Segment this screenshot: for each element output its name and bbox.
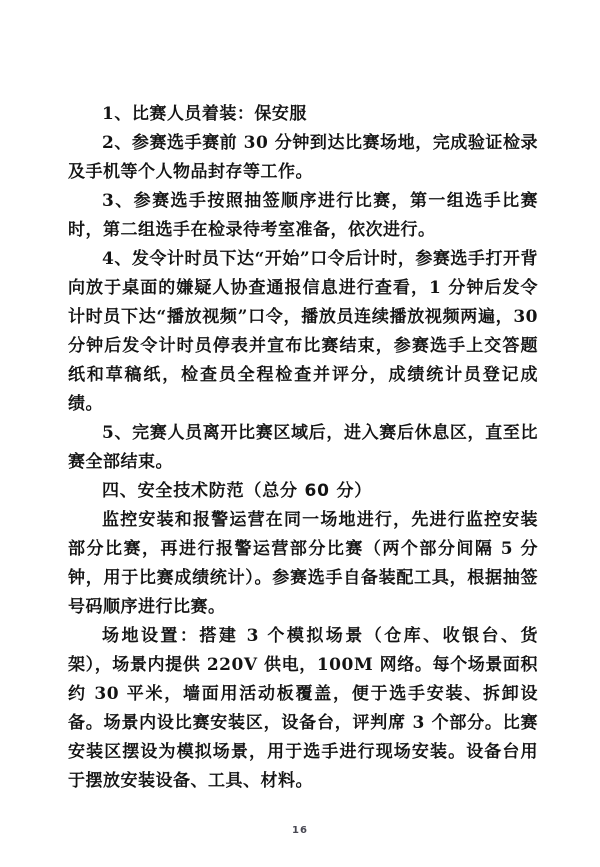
page-footer: 16 [0,818,600,837]
document-page: 1、比赛人员着装：保安服2、参赛选手赛前 30 分钟到达比赛场地，完成验证检录及… [0,0,600,867]
paragraph: 3、参赛选手按照抽签顺序进行比赛，第一组选手比赛时，第二组选手在检录待考室准备，… [68,187,538,245]
paragraph: 2、参赛选手赛前 30 分钟到达比赛场地，完成验证检录及手机等个人物品封存等工作… [68,129,538,187]
paragraph: 四、安全技术防范（总分 60 分） [68,477,538,506]
paragraph: 1、比赛人员着装：保安服 [68,100,538,129]
page-number: 16 [292,825,308,836]
paragraph: 场地设置：搭建 3 个模拟场景（仓库、收银台、货架），场景内提供 220V 供电… [68,622,538,796]
document-body: 1、比赛人员着装：保安服2、参赛选手赛前 30 分钟到达比赛场地，完成验证检录及… [68,100,538,796]
paragraph: 5、完赛人员离开比赛区域后，进入赛后休息区，直至比赛全部结束。 [68,419,538,477]
paragraph: 监控安装和报警运营在同一场地进行，先进行监控安装部分比赛，再进行报警运营部分比赛… [68,506,538,622]
paragraph: 4、发令计时员下达“开始”口令后计时，参赛选手打开背向放于桌面的嫌疑人协查通报信… [68,245,538,419]
